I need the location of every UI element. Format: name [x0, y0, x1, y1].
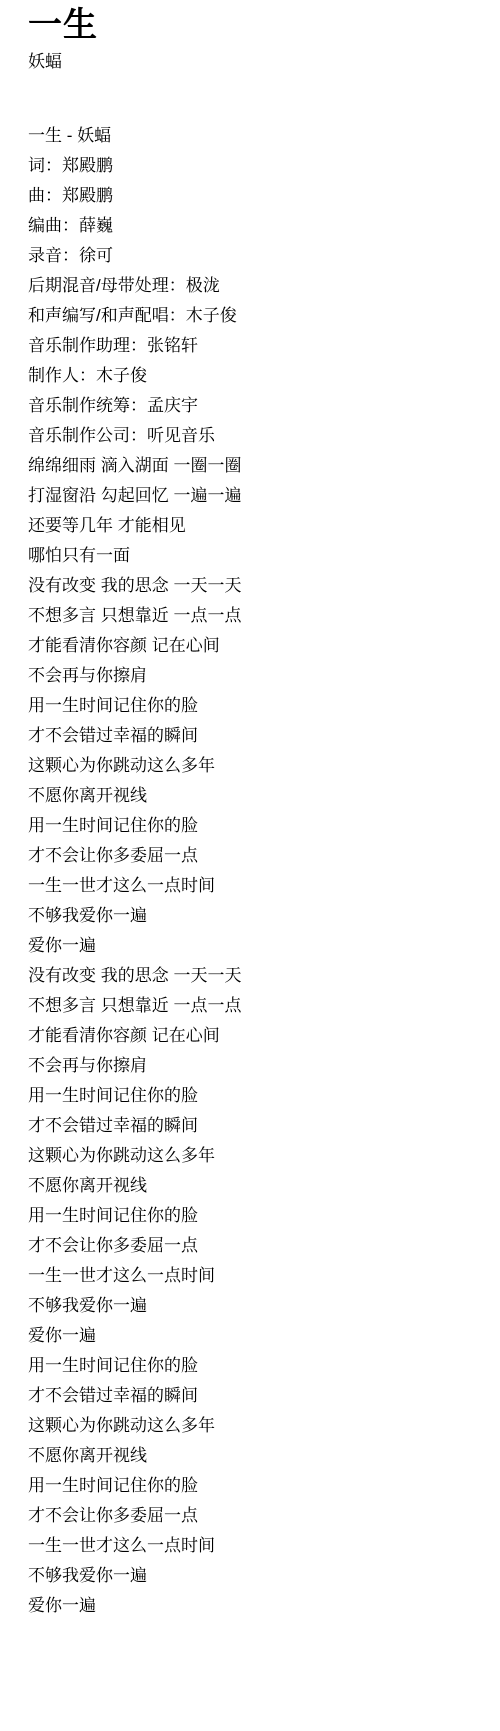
- lyric-line: 才不会让你多委屈一点: [28, 1501, 490, 1531]
- credit-line: 编曲：薛巍: [28, 211, 490, 241]
- credit-line: 一生 - 妖蝠: [28, 121, 490, 151]
- lyric-line: 爱你一遍: [28, 1321, 490, 1351]
- lyric-line: 不想多言 只想靠近 一点一点: [28, 601, 490, 631]
- credit-line: 和声编写/和声配唱：木子俊: [28, 301, 490, 331]
- lyric-line: 没有改变 我的思念 一天一天: [28, 571, 490, 601]
- lyric-line: 爱你一遍: [28, 931, 490, 961]
- lyric-line: 不愿你离开视线: [28, 1441, 490, 1471]
- lyric-line: 一生一世才这么一点时间: [28, 1261, 490, 1291]
- lyric-line: 爱你一遍: [28, 1591, 490, 1621]
- lyric-line: 还要等几年 才能相见: [28, 511, 490, 541]
- credit-line: 词：郑殿鹏: [28, 151, 490, 181]
- lyric-line: 不够我爱你一遍: [28, 1561, 490, 1591]
- lyric-line: 用一生时间记住你的脸: [28, 1201, 490, 1231]
- lyric-line: 用一生时间记住你的脸: [28, 811, 490, 841]
- lyric-line: 不想多言 只想靠近 一点一点: [28, 991, 490, 1021]
- lyric-line: 用一生时间记住你的脸: [28, 1351, 490, 1381]
- lyrics-page: 一生 妖蝠 一生 - 妖蝠词：郑殿鹏曲：郑殿鹏编曲：薛巍录音：徐可后期混音/母带…: [0, 0, 500, 1731]
- lyric-line: 用一生时间记住你的脸: [28, 1471, 490, 1501]
- bottom-whitespace: [28, 1621, 490, 1731]
- credit-line: 音乐制作公司：听见音乐: [28, 421, 490, 451]
- lyric-line: 一生一世才这么一点时间: [28, 871, 490, 901]
- artist-name: 妖蝠: [28, 52, 490, 72]
- lyric-line: 才不会让你多委屈一点: [28, 841, 490, 871]
- lyric-line: 不够我爱你一遍: [28, 901, 490, 931]
- credit-line: 音乐制作统筹：孟庆宇: [28, 391, 490, 421]
- lyric-line: 用一生时间记住你的脸: [28, 1081, 490, 1111]
- page-title: 一生: [28, 6, 490, 45]
- lyric-line: 哪怕只有一面: [28, 541, 490, 571]
- lyric-line: 不会再与你擦肩: [28, 1051, 490, 1081]
- lyric-line: 不愿你离开视线: [28, 1171, 490, 1201]
- lyric-line: 才不会错过幸福的瞬间: [28, 1381, 490, 1411]
- credit-line: 音乐制作助理：张铭轩: [28, 331, 490, 361]
- lyric-line: 这颗心为你跳动这么多年: [28, 1411, 490, 1441]
- lyric-line: 一生一世才这么一点时间: [28, 1531, 490, 1561]
- lyrics-body: 一生 - 妖蝠词：郑殿鹏曲：郑殿鹏编曲：薛巍录音：徐可后期混音/母带处理：极泷和…: [28, 121, 490, 1621]
- lyric-line: 打湿窗沿 勾起回忆 一遍一遍: [28, 481, 490, 511]
- lyric-line: 没有改变 我的思念 一天一天: [28, 961, 490, 991]
- lyric-line: 才不会让你多委屈一点: [28, 1231, 490, 1261]
- lyric-line: 不够我爱你一遍: [28, 1291, 490, 1321]
- lyric-line: 才不会错过幸福的瞬间: [28, 721, 490, 751]
- lyric-line: 才能看清你容颜 记在心间: [28, 631, 490, 661]
- lyric-line: 才能看清你容颜 记在心间: [28, 1021, 490, 1051]
- lyric-line: 这颗心为你跳动这么多年: [28, 751, 490, 781]
- credit-line: 后期混音/母带处理：极泷: [28, 271, 490, 301]
- lyric-line: 不愿你离开视线: [28, 781, 490, 811]
- lyric-line: 用一生时间记住你的脸: [28, 691, 490, 721]
- lyric-line: 绵绵细雨 滴入湖面 一圈一圈: [28, 451, 490, 481]
- lyric-line: 这颗心为你跳动这么多年: [28, 1141, 490, 1171]
- lyric-line: 不会再与你擦肩: [28, 661, 490, 691]
- credit-line: 曲：郑殿鹏: [28, 181, 490, 211]
- credit-line: 制作人：木子俊: [28, 361, 490, 391]
- credit-line: 录音：徐可: [28, 241, 490, 271]
- lyric-line: 才不会错过幸福的瞬间: [28, 1111, 490, 1141]
